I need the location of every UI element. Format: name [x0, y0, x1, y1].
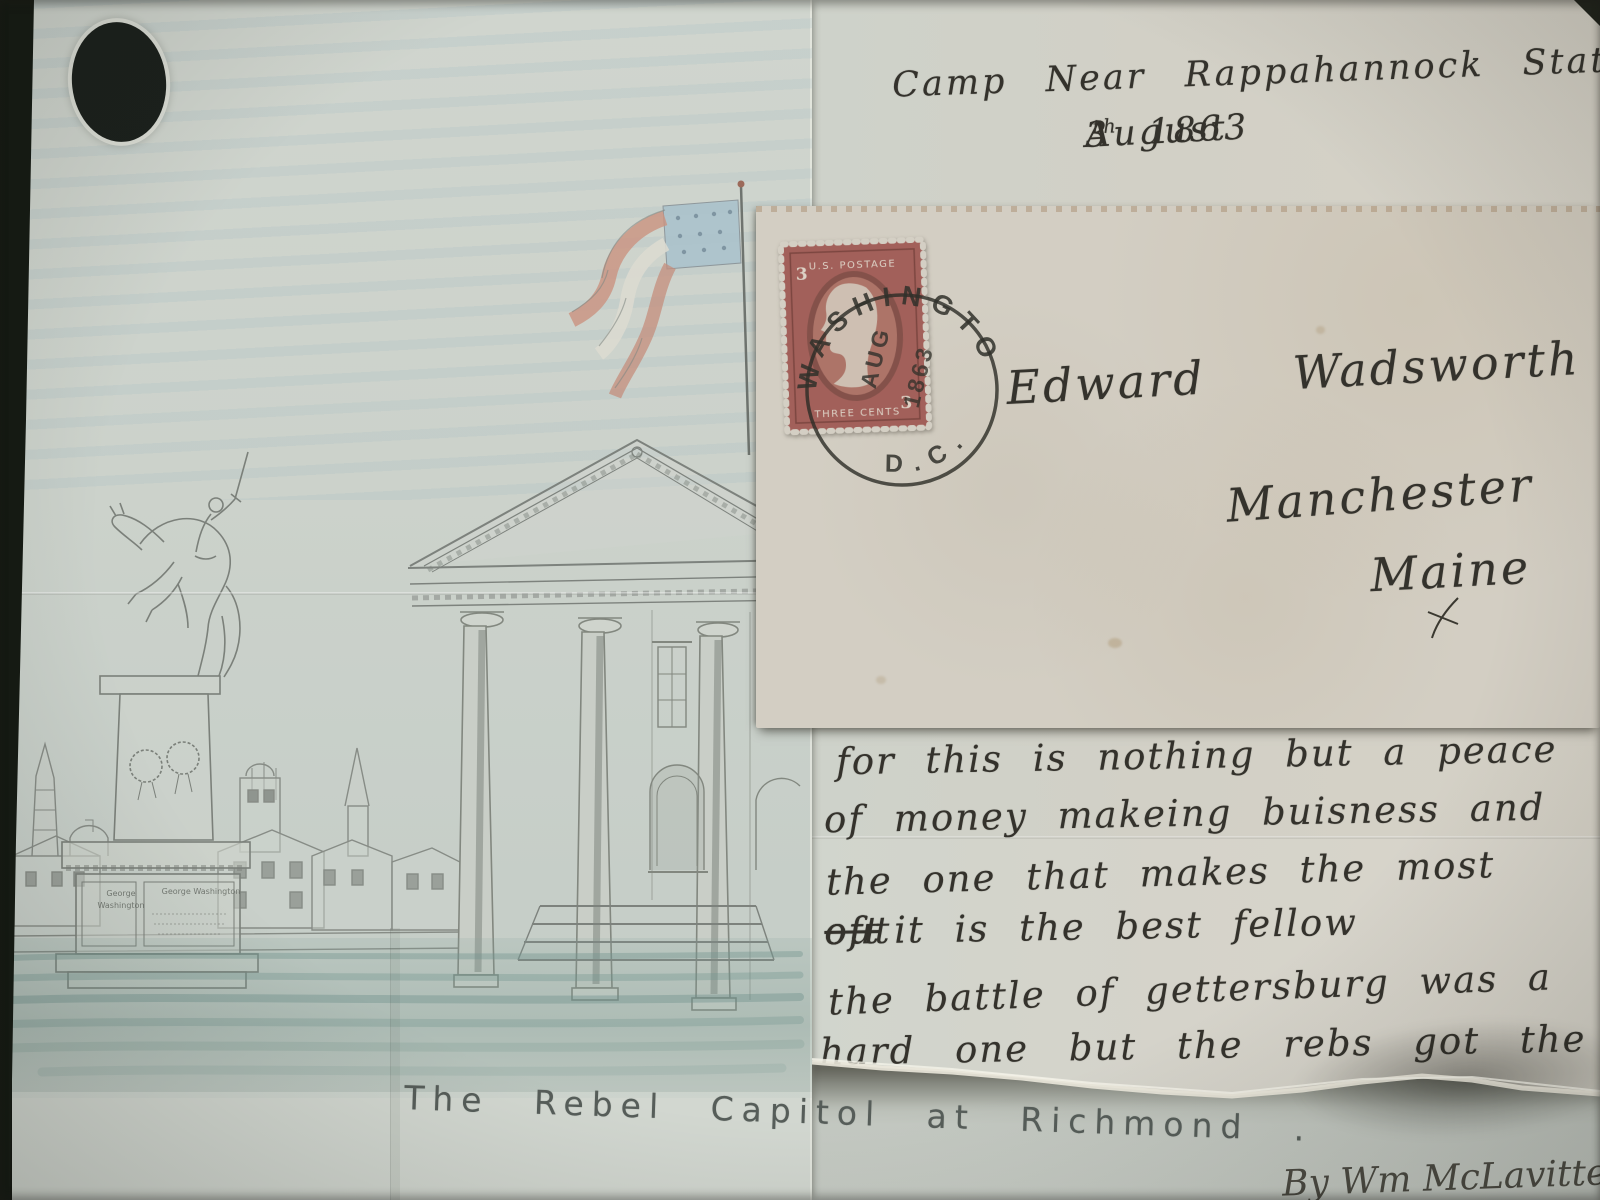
background-top-right-corner [1574, 0, 1600, 26]
foxing-spot [1108, 638, 1122, 648]
postmark-month: AUG [855, 323, 895, 391]
envelope-recipient: Edward Wadsworth [1005, 331, 1582, 415]
vertical-fold-crease [390, 928, 400, 1200]
letter-body-line: of money makeing buisness and [824, 786, 1546, 842]
foxing-spot [876, 676, 886, 684]
flag [572, 181, 749, 456]
svg-text:D.C.: D.C. [876, 418, 981, 484]
horizontal-fold-crease [12, 592, 812, 595]
capitol-portico [408, 440, 802, 606]
monument-inscription-left: George Washington [94, 888, 148, 912]
foxing-spot [1316, 326, 1325, 334]
envelope-state: Maine [1369, 540, 1533, 602]
washington-equestrian-statue [56, 452, 258, 988]
water-tint [12, 938, 812, 1098]
postmark-year: 1863 [898, 343, 939, 411]
letter-place-line: Camp Near Rappahannock Station [892, 38, 1600, 105]
letter-body-line: for this is nothing but a peace [836, 728, 1558, 784]
envelope-city: Manchester [1224, 457, 1535, 532]
postmark-district: D.C. [876, 418, 981, 484]
envelope: U.S. POSTAGE THREE CENTS 3 3 WASHINGTON … [756, 206, 1600, 728]
photograph-of-civil-war-letter: George Washington George Washington Camp… [0, 0, 1600, 1200]
monument-inscription-center: George Washington [156, 886, 246, 898]
pen-flourish [1424, 594, 1464, 642]
date-rest: 3 1863 [1084, 107, 1250, 156]
illustrated-letter-sheet: George Washington George Washington [12, 0, 812, 1200]
